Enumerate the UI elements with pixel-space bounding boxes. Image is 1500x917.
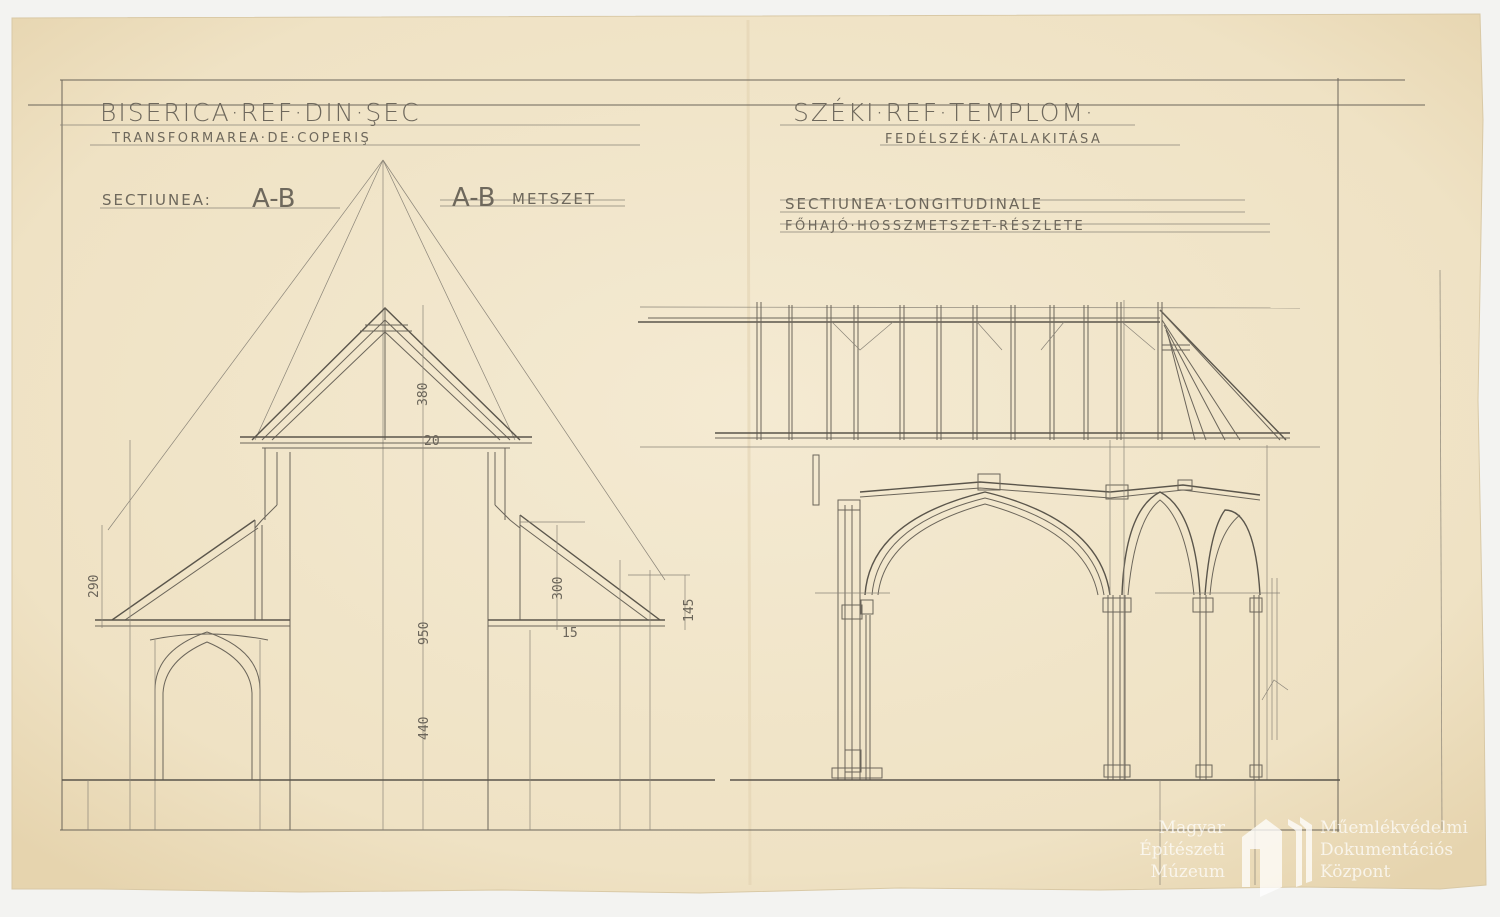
right-section-label-hu: FŐHAJÓ·HOSSZMETSZET-RÉSZLETE — [785, 218, 1085, 234]
architectural-drawing: BISERICA·REF·DIN·ŞEC TRANSFORMAREA·DE·CO… — [0, 0, 1500, 917]
left-subtitle: TRANSFORMAREA·DE·COPERIŞ — [111, 131, 371, 146]
left-section-label-hu: METSZET — [512, 190, 596, 208]
right-subtitle: FEDÉLSZÉK·ÁTALAKITÁSA — [885, 131, 1102, 147]
museum-watermark: Magyar Építészeti Múzeum Műemlékvédelmi … — [1120, 815, 1460, 905]
left-section-label: SECTIUNEA: — [102, 191, 212, 209]
dim-ridge-height: 380 — [416, 383, 431, 406]
left-section-id: A-B — [252, 184, 296, 214]
left-title: BISERICA·REF·DIN·ŞEC — [100, 98, 421, 127]
dim-aisle-left: 290 — [87, 575, 102, 598]
right-section-label-ro: SECTIUNEA·LONGITUDINALE — [785, 195, 1043, 213]
drawing-sheet: BISERICA·REF·DIN·ŞEC TRANSFORMAREA·DE·CO… — [0, 0, 1500, 917]
house-book-icon — [1238, 815, 1314, 897]
left-section-id-hu: A-B — [452, 183, 496, 213]
dim-total-height: 950 — [417, 622, 432, 645]
dim-arch: 440 — [417, 717, 432, 740]
dim-aisle-right: 300 — [551, 577, 566, 600]
dim-wall: 15 — [562, 626, 578, 641]
watermark-right-text: Műemlékvédelmi Dokumentációs Központ — [1320, 817, 1480, 883]
dim-eave: 145 — [682, 599, 697, 622]
watermark-left-text: Magyar Építészeti Múzeum — [1120, 817, 1225, 883]
right-title: SZÉKI·REF·TEMPLOM· — [793, 98, 1095, 127]
dim-beam: 20 — [424, 434, 440, 449]
